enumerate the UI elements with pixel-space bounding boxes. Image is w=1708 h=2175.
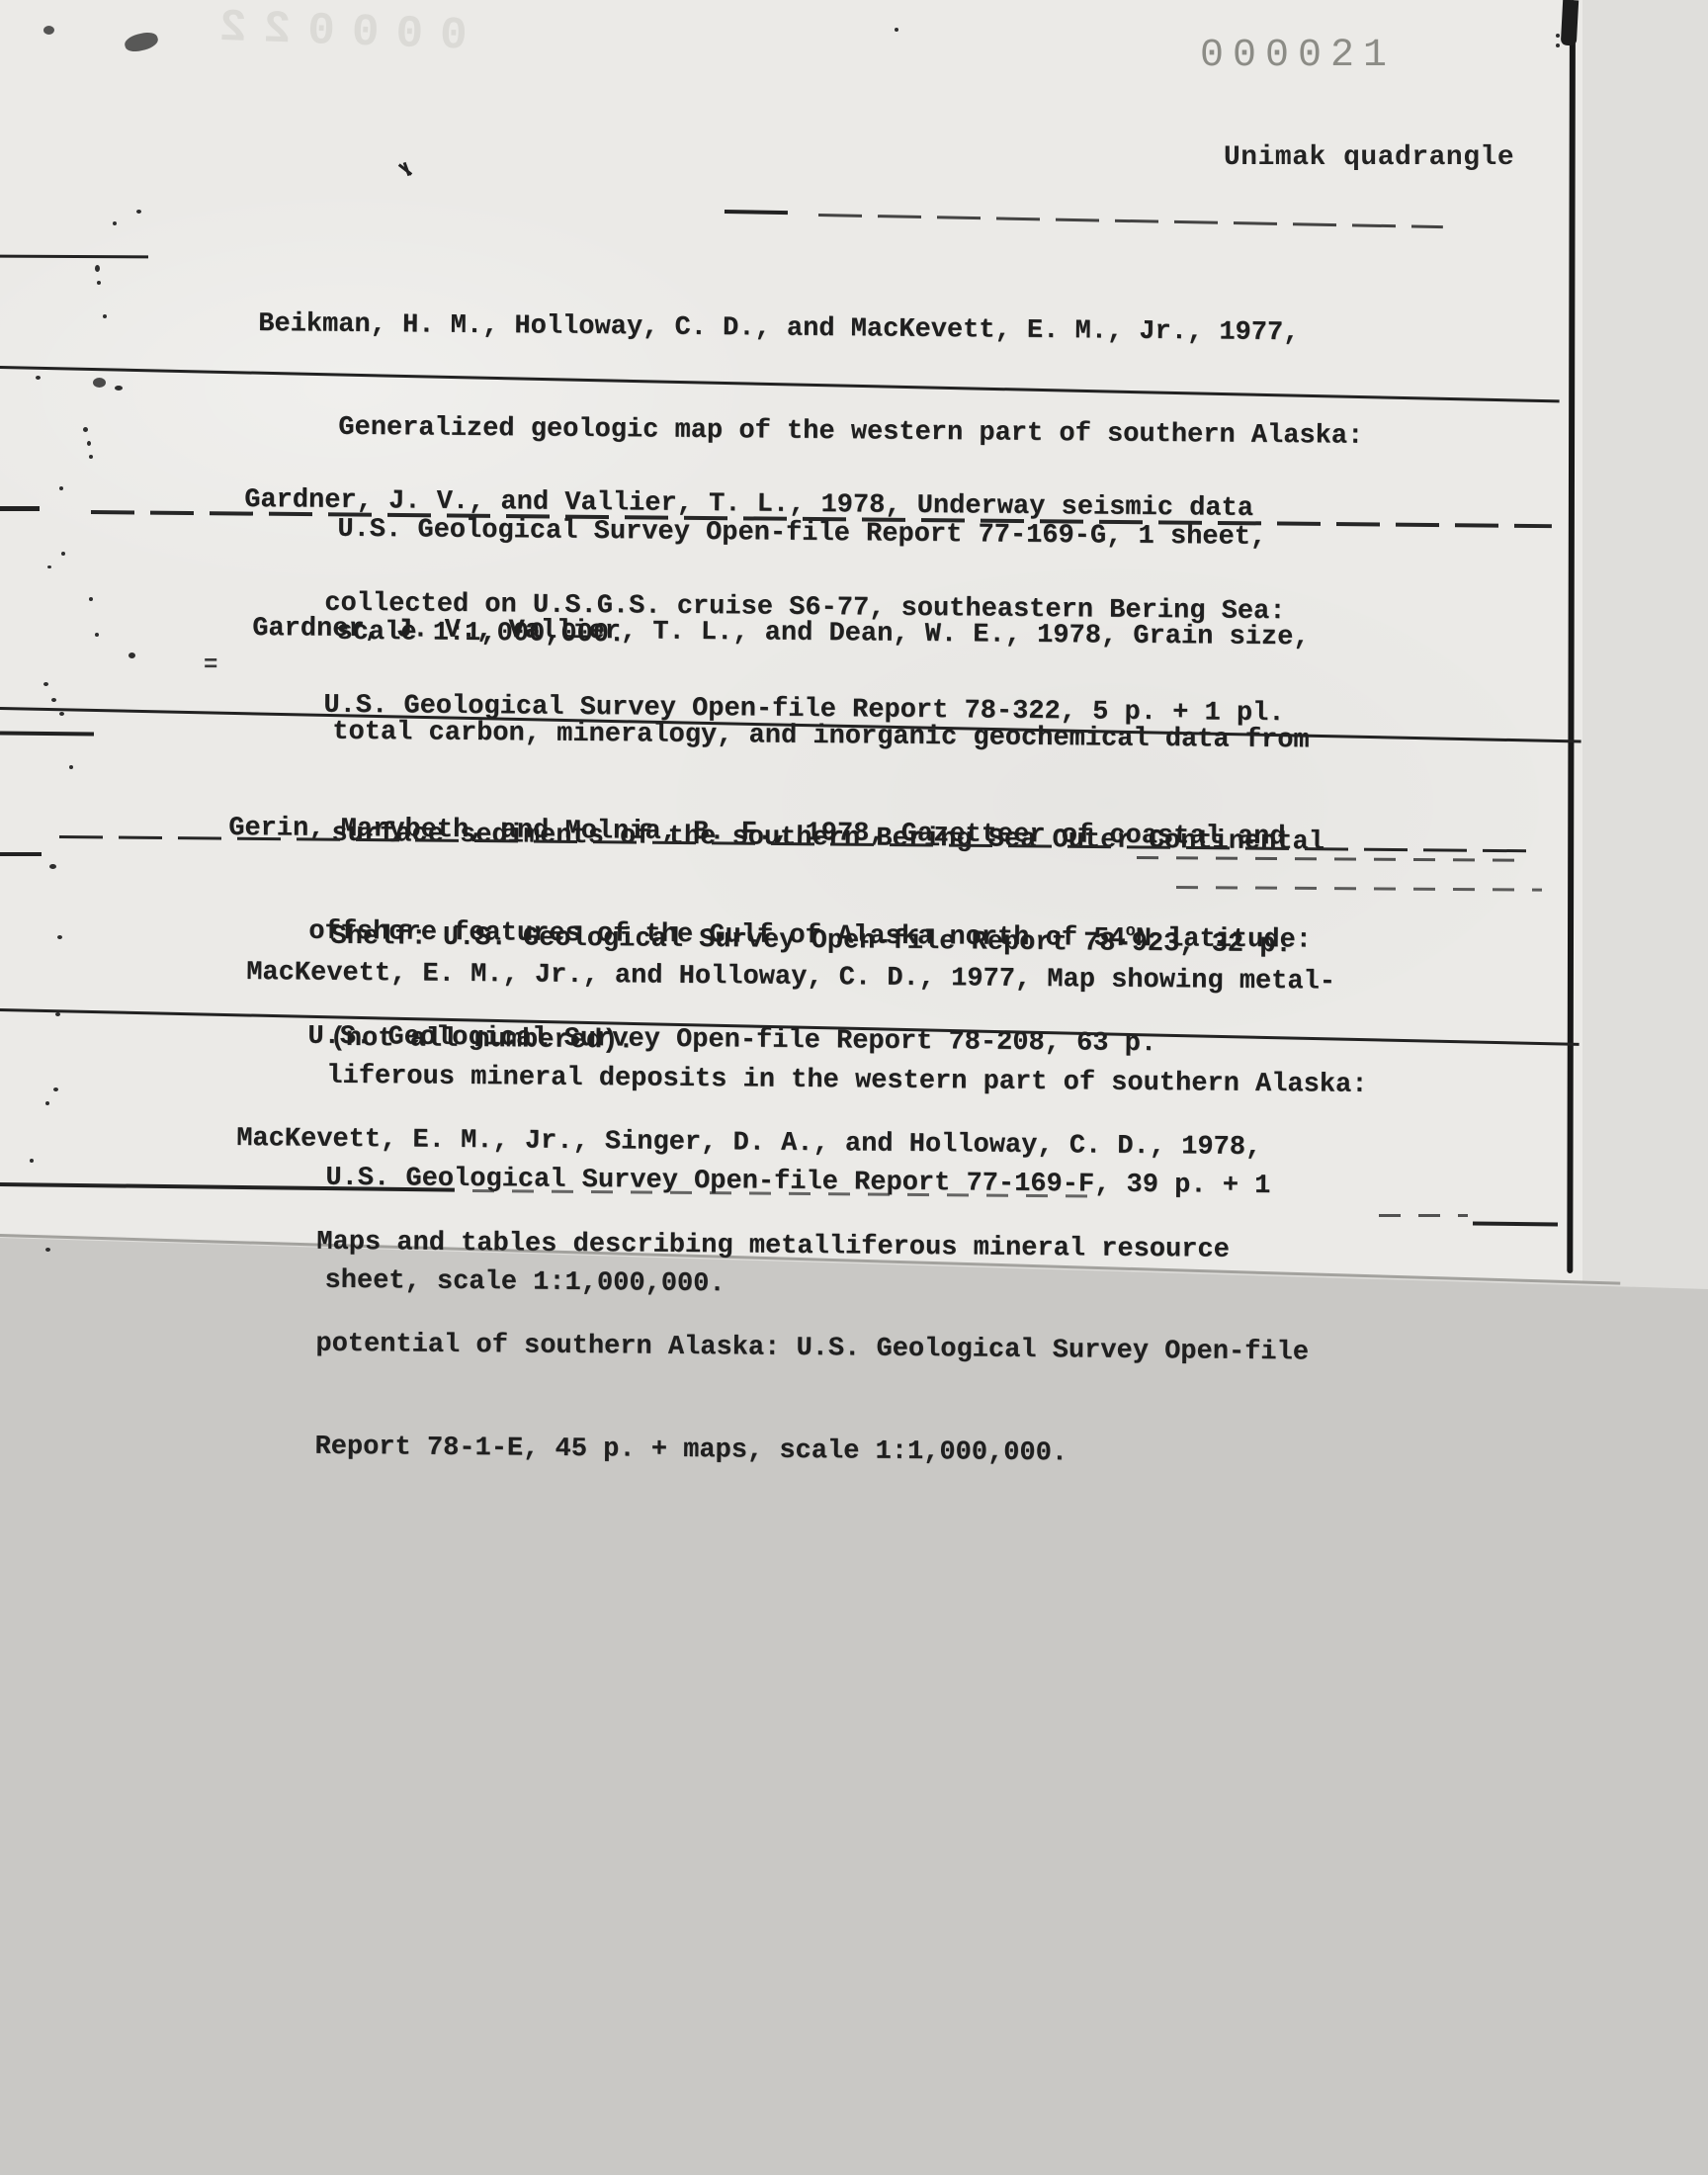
ink-speck bbox=[95, 265, 100, 272]
ink-speck bbox=[49, 864, 56, 869]
reference-line: potential of southern Alaska: U.S. Geolo… bbox=[234, 1327, 1309, 1370]
page-edge-wedge bbox=[1561, 0, 1579, 45]
ink-speck bbox=[97, 281, 101, 285]
ink-speck bbox=[128, 652, 135, 658]
ink-speck bbox=[83, 427, 88, 432]
margin-typed-mark: = bbox=[204, 652, 217, 679]
ink-blot bbox=[93, 378, 106, 388]
page-number-stamp: 000021 bbox=[1200, 34, 1396, 78]
ink-speck bbox=[43, 26, 54, 35]
ink-speck bbox=[43, 682, 48, 686]
reference-line: MacKevett, E. M., Jr., and Holloway, C. … bbox=[246, 956, 1368, 1000]
ghost-page-number-stamp: 000022 bbox=[202, 1, 468, 61]
ink-speck bbox=[59, 486, 63, 490]
separator-line bbox=[1379, 1214, 1468, 1217]
reference-line: Beikman, H. M., Holloway, C. D., and Mac… bbox=[258, 307, 1364, 351]
ink-speck bbox=[53, 1087, 58, 1091]
reference-entry: MacKevett, E. M., Jr., Singer, D. A., an… bbox=[233, 1054, 1312, 1540]
reference-line: Maps and tables describing metalliferous… bbox=[235, 1224, 1310, 1267]
ink-speck bbox=[30, 1159, 34, 1163]
ink-speck bbox=[895, 28, 898, 32]
ink-speck bbox=[69, 765, 73, 769]
quadrangle-header: Unimak quadrangle bbox=[1224, 142, 1514, 173]
ink-speck bbox=[45, 1101, 49, 1105]
margin-stub bbox=[0, 852, 42, 856]
ink-speck bbox=[113, 221, 117, 225]
ink-speck bbox=[59, 712, 64, 716]
ink-speck bbox=[87, 441, 91, 446]
ink-speck bbox=[57, 935, 62, 939]
ink-speck bbox=[95, 633, 99, 637]
ink-speck bbox=[47, 565, 51, 568]
ink-speck bbox=[1556, 34, 1560, 38]
ink-speck bbox=[136, 210, 141, 214]
ink-speck bbox=[51, 698, 56, 702]
ink-speck bbox=[61, 552, 65, 556]
scanned-document: 000022 000021 Unimak quadrangle Beikman,… bbox=[0, 0, 1708, 2175]
ink-speck bbox=[89, 455, 93, 459]
ink-speck bbox=[55, 1012, 60, 1016]
ink-speck bbox=[103, 314, 107, 318]
ink-speck bbox=[115, 386, 123, 391]
separator-stub bbox=[0, 506, 40, 511]
ink-speck bbox=[89, 597, 93, 601]
ink-speck bbox=[1556, 43, 1560, 47]
reference-line: Report 78-1-E, 45 p. + maps, scale 1:1,0… bbox=[233, 1429, 1308, 1472]
ink-speck bbox=[36, 376, 41, 380]
reference-line: Gardner, J. V., Vallier, T. L., and Dean… bbox=[252, 612, 1326, 655]
reference-line: MacKevett, E. M., Jr., Singer, D. A., an… bbox=[236, 1122, 1311, 1166]
ink-speck bbox=[45, 1248, 50, 1252]
